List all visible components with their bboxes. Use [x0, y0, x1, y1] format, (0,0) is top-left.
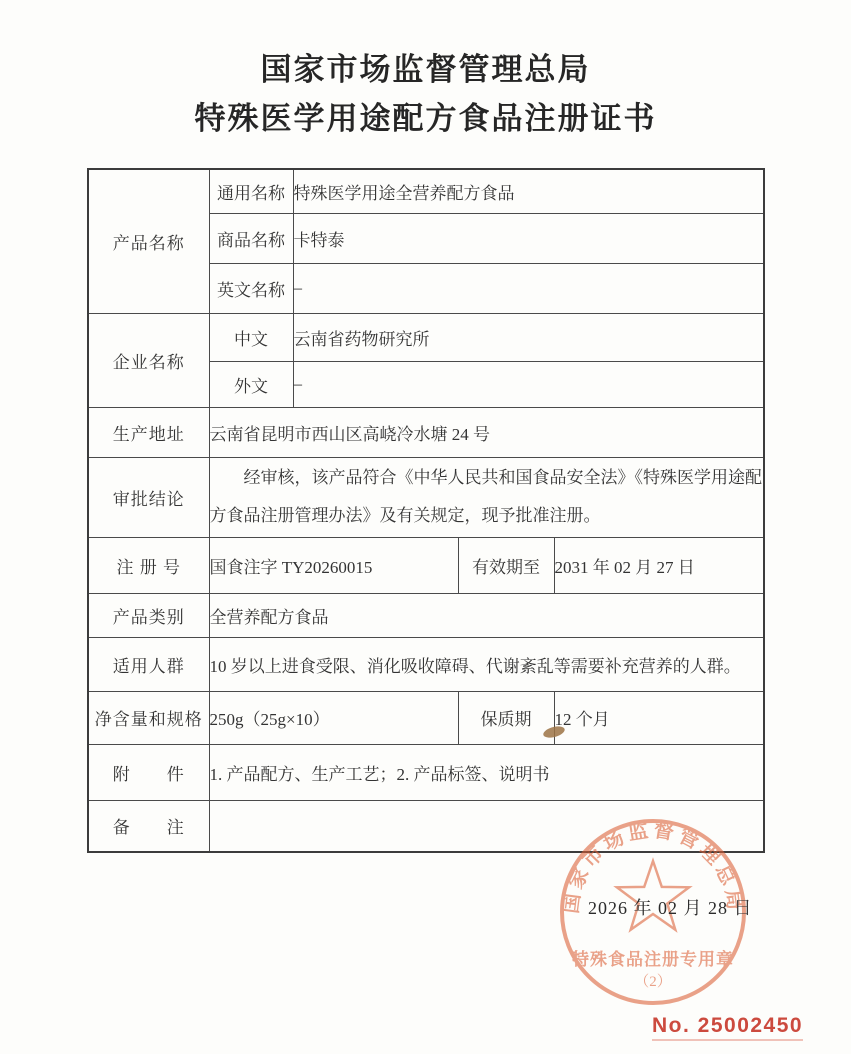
product-name-label: 产品名称: [88, 169, 209, 313]
generic-name-value: 特殊医学用途全营养配方食品: [293, 169, 764, 213]
valid-until-label: 有效期至: [458, 537, 554, 593]
seal-number-text: （2）: [634, 973, 672, 990]
shelf-life-value: 12 个月: [554, 691, 764, 744]
attachments-value: 1. 产品配方、生产工艺；2. 产品标签、说明书: [209, 744, 764, 800]
trade-name-label: 商品名称: [209, 213, 293, 263]
product-category-label: 产品类别: [88, 593, 209, 637]
valid-until-value: 2031 年 02 月 27 日: [554, 537, 764, 593]
certificate-page: 国家市场监督管理总局 特殊医学用途配方食品注册证书 产品名称 通用名称 特殊医学…: [0, 0, 851, 1054]
company-name-label: 企业名称: [88, 313, 209, 407]
seal-line-text: 特殊食品注册专用章: [572, 949, 734, 969]
table-row: 注 册 号 国食注字 TY20260015 有效期至 2031 年 02 月 2…: [88, 537, 764, 593]
table-row: 适用人群 10 岁以上进食受限、消化吸收障碍、代谢紊乱等需要补充营养的人群。: [88, 637, 764, 691]
table-row: 净含量和规格 250g（25g×10） 保质期 12 个月: [88, 691, 764, 744]
table-row: 企业名称 中文 云南省药物研究所: [88, 313, 764, 361]
company-chinese-label: 中文: [209, 313, 293, 361]
issue-date: 2026 年 02 月 28 日: [588, 894, 753, 920]
approval-conclusion-label: 审批结论: [88, 457, 209, 537]
applicable-population-value: 10 岁以上进食受限、消化吸收障碍、代谢紊乱等需要补充营养的人群。: [209, 637, 764, 691]
registration-number-value: 国食注字 TY20260015: [209, 537, 458, 593]
page-subtitle: 特殊医学用途配方食品注册证书: [0, 93, 851, 138]
net-content-value: 250g（25g×10）: [209, 691, 458, 744]
approval-conclusion-value: 经审核，该产品符合《中华人民共和国食品安全法》《特殊医学用途配方食品注册管理办法…: [209, 457, 764, 537]
page-title: 国家市场监督管理总局: [0, 44, 851, 89]
company-chinese-value: 云南省药物研究所: [293, 313, 764, 361]
company-foreign-label: 外文: [209, 361, 293, 407]
table-row: 产品类别 全营养配方食品: [88, 593, 764, 637]
shelf-life-label: 保质期: [458, 691, 554, 744]
trade-name-value: 卡特泰: [293, 213, 764, 263]
table-row: 生产地址 云南省昆明市西山区高峣冷水塘 24 号: [88, 407, 764, 457]
company-foreign-value: –: [293, 361, 764, 407]
production-address-label: 生产地址: [88, 407, 209, 457]
attachments-label: 附 件: [88, 744, 209, 800]
net-content-label: 净含量和规格: [88, 691, 209, 744]
product-category-value: 全营养配方食品: [209, 593, 764, 637]
english-name-value: –: [293, 263, 764, 313]
table-row: 附 件 1. 产品配方、生产工艺；2. 产品标签、说明书: [88, 744, 764, 800]
certificate-table: 产品名称 通用名称 特殊医学用途全营养配方食品 商品名称 卡特泰 英文名称 – …: [87, 168, 765, 853]
production-address-value: 云南省昆明市西山区高峣冷水塘 24 号: [209, 407, 764, 457]
certificate-number: No. 25002450: [652, 1014, 803, 1041]
english-name-label: 英文名称: [209, 263, 293, 313]
remarks-label: 备 注: [88, 800, 209, 852]
applicable-population-label: 适用人群: [88, 637, 209, 691]
generic-name-label: 通用名称: [209, 169, 293, 213]
table-row: 审批结论 经审核，该产品符合《中华人民共和国食品安全法》《特殊医学用途配方食品注…: [88, 457, 764, 537]
table-row: 产品名称 通用名称 特殊医学用途全营养配方食品: [88, 169, 764, 213]
registration-number-label: 注 册 号: [88, 537, 209, 593]
